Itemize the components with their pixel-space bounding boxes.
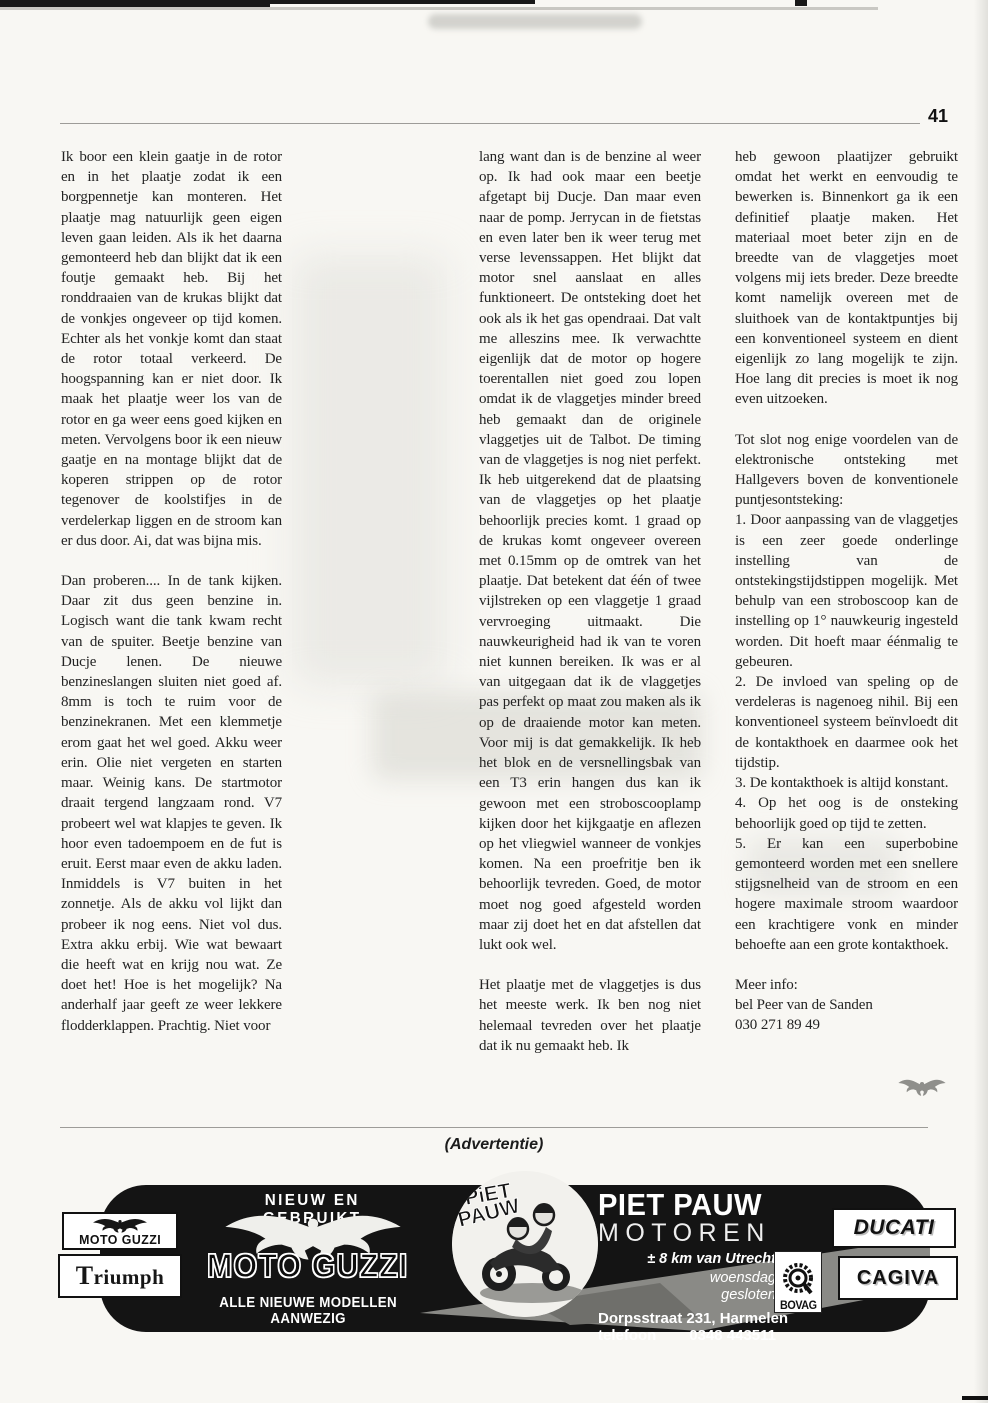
magazine-page: 41 Ik boor een klein gaatje in de rotor … [0,0,988,1403]
dealer-phone: telefoon 0348 443511 [598,1327,776,1344]
contact-phone: 030 271 89 49 [735,1015,958,1035]
dealer-name-sub: MOTOREN [598,1220,776,1247]
dealer-address: Dorpsstraat 231, Harmelen [598,1310,776,1327]
distance-line: ± 8 km van Utrecht [598,1251,776,1267]
list-item-4: 4. Op het oog is de onsteking behoorlijk… [735,793,958,833]
piet-pauw-cartoon-logo: PiET PAUW [452,1171,598,1317]
list-item-1: 1. Door aanpassing van de vlaggetjes is … [735,510,958,672]
ducati-badge: DUCATI [832,1208,956,1248]
bovag-label: BOVAG [780,1299,817,1312]
scan-edge-shadow [974,0,988,1403]
list-item-3: 3. De kontakthoek is altijd konstant. [735,773,958,793]
advert-banner: NIEUW EN GEBRUIKT MOTO GUZZI ALLE NIEUWE… [100,1185,930,1332]
moto-guzzi-badge: MOTO GUZZI [62,1212,178,1250]
ducati-badge-label: DUCATI [854,1216,935,1240]
contact-info: Meer info: bel Peer van de Sanden 030 27… [735,975,958,1036]
phone-number: 0348 443511 [689,1327,776,1344]
triumph-badge: Triumph [58,1254,182,1298]
bleedthrough-smudge [292,255,447,685]
list-item-2: 2. De invloed van speling op de verdeler… [735,672,958,773]
cagiva-badge: CAGIVA [838,1256,958,1300]
cagiva-badge-label: CAGIVA [857,1267,939,1290]
paragraph: lang want dan is de benzine al weer op. … [479,147,701,955]
bovag-gear-icon [781,1261,815,1299]
contact-person: bel Peer van de Sanden [735,995,958,1015]
page-number: 41 [928,106,948,127]
article-column-1: Ik boor een klein gaatje in de rotor en … [61,147,282,1056]
bleedthrough-smudge [428,14,642,29]
paragraph: Het plaatje met de vlaggetjes is dus het… [479,975,701,1056]
triumph-badge-label: Triumph [76,1261,165,1291]
article-column-2: lang want dan is de benzine al weer op. … [479,147,701,1076]
scan-top-line [0,7,878,10]
moto-guzzi-badge-label: MOTO GUZZI [79,1233,161,1246]
moto-guzzi-badge-eagle-icon [92,1217,148,1233]
bovag-badge: BOVAG [774,1251,822,1313]
dealer-name: PIET PAUW [598,1189,765,1220]
moto-guzzi-wordmark: MOTO GUZZI [196,1247,419,1285]
all-models-line: ALLE NIEUWE MODELLEN AANWEZIG [206,1295,410,1327]
closed-day: woensdag gesloten [598,1270,776,1304]
article-column-3: heb gewoon plaatijzer gebruikt omdat het… [735,147,958,1036]
moto-guzzi-eagle-icon [898,1074,946,1105]
scan-bottom-mark [962,1396,988,1400]
phone-label: telefoon [598,1327,656,1344]
paragraph: Tot slot nog enige voordelen van de elek… [735,430,958,511]
scan-top-mark [795,0,807,6]
scan-top-bar-thin [0,0,535,4]
contact-heading: Meer info: [735,975,958,995]
advert-divider-rule [60,1127,928,1128]
header-rule [60,123,920,124]
advert-label: (Advertentie) [0,1136,988,1154]
dealer-info: PIET PAUW MOTOREN ± 8 km van Utrecht woe… [598,1189,776,1344]
list-item-5: 5. Er kan een superbobine gemonteerd wor… [735,834,958,955]
paragraph: Dan proberen.... In de tank kijken. Daar… [61,571,282,1036]
paragraph: heb gewoon plaatijzer gebruikt omdat het… [735,147,958,410]
paragraph: Ik boor een klein gaatje in de rotor en … [61,147,282,551]
